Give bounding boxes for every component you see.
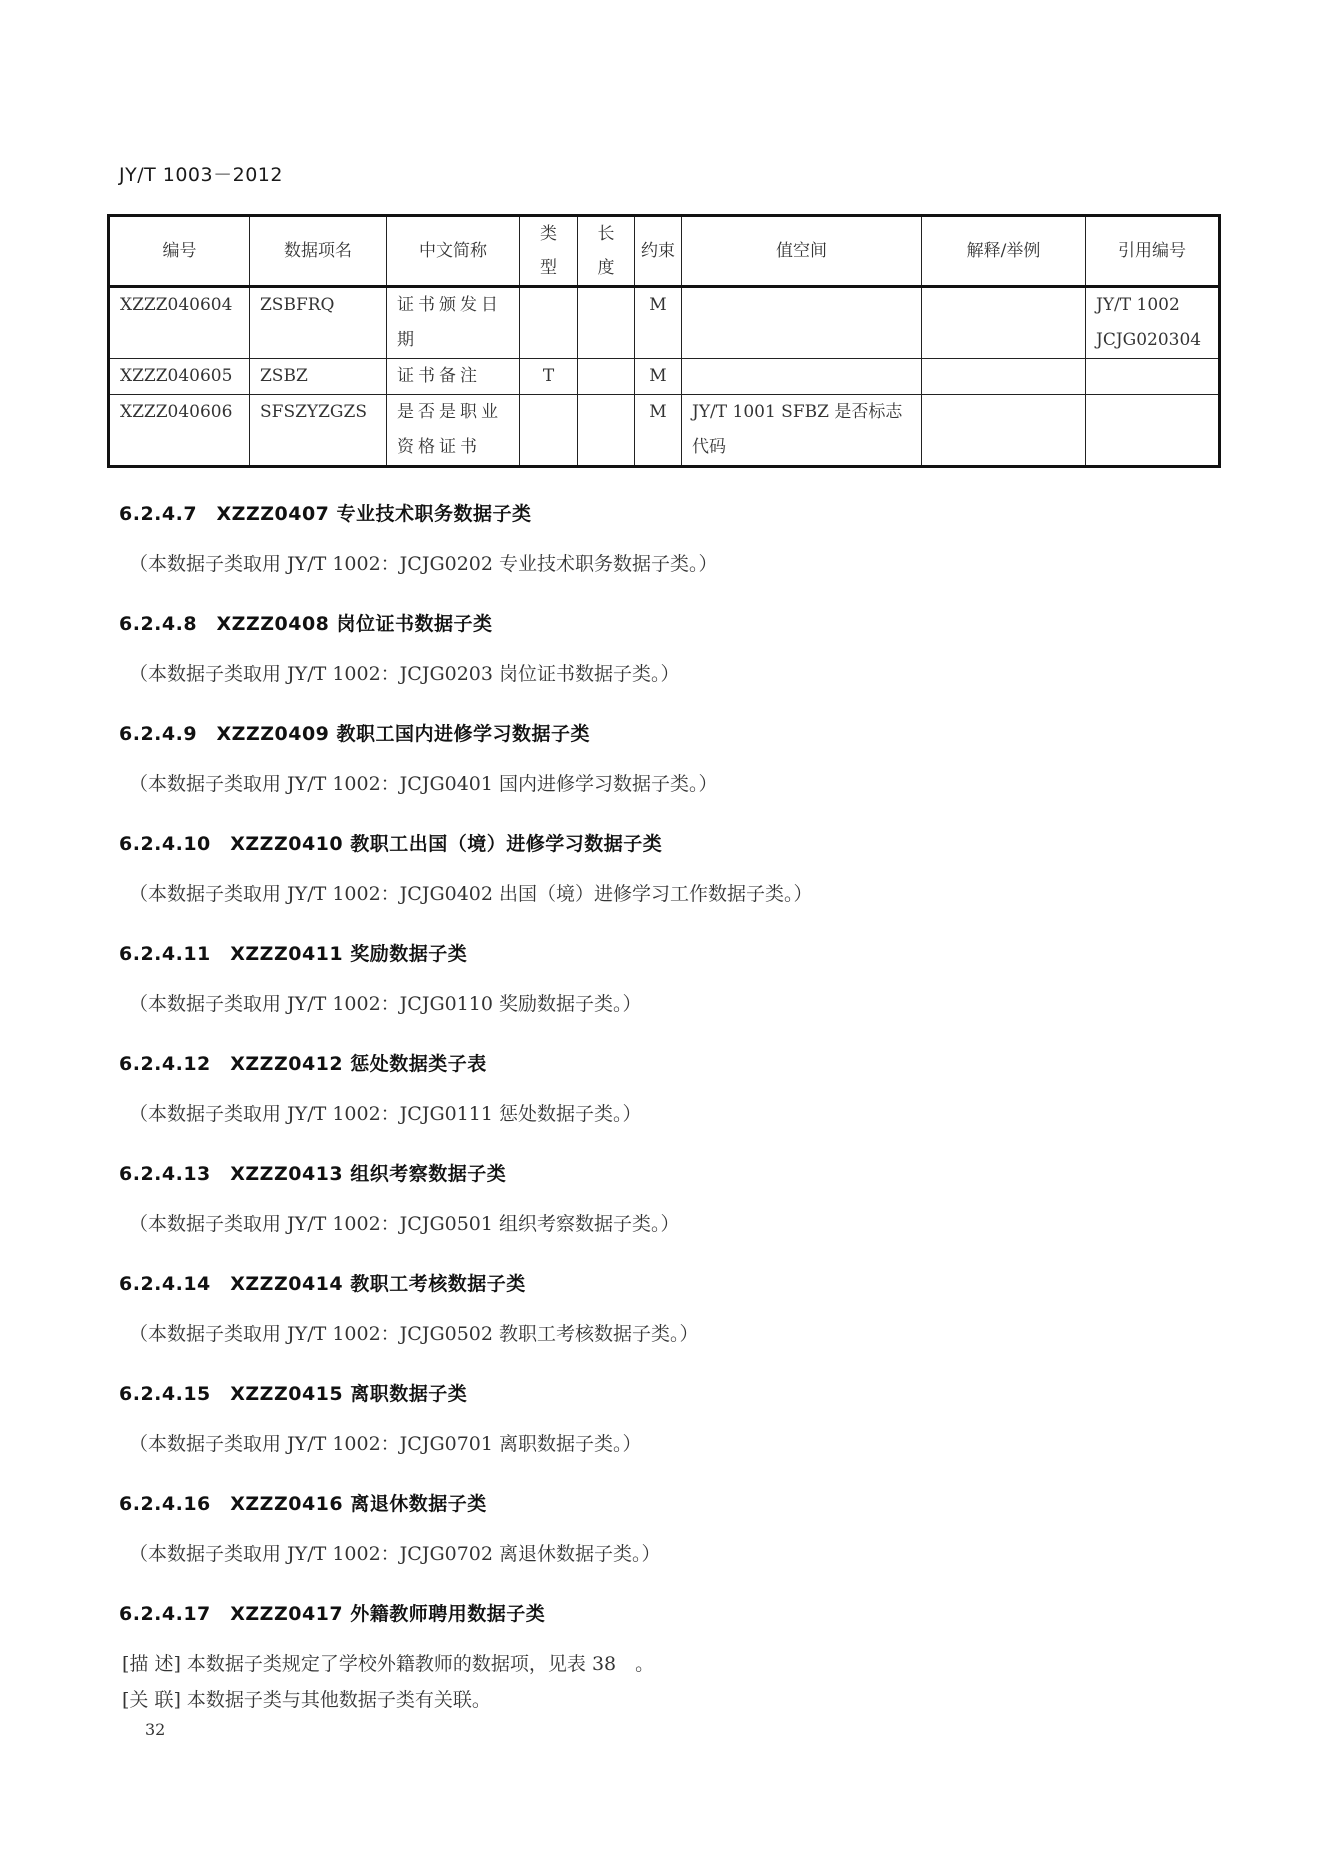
section-note-6-2-4-8: （本数据子类取用 JY/T 1002：JCJG0203 岗位证书数据子类。） <box>129 659 680 686</box>
col-header-short-name: 中文简称 <box>387 216 520 287</box>
cell-explanation <box>922 395 1086 467</box>
col-header-type: 类型 <box>520 216 578 287</box>
section-heading-6-2-4-14: 6.2.4.14 XZZZ0414 教职工考核数据子类 <box>119 1269 526 1296</box>
cell-explanation <box>922 287 1086 359</box>
description-line: [描 述] 本数据子类规定了学校外籍教师的数据项，见表 38 。 <box>122 1649 654 1676</box>
relation-line: [关 联] 本数据子类与其他数据子类有关联。 <box>122 1685 491 1712</box>
cell-value-space: JY/T 1001 SFBZ 是否标志代码 <box>682 395 922 467</box>
cell-length <box>578 395 635 467</box>
section-heading-6-2-4-12: 6.2.4.12 XZZZ0412 惩处数据类子表 <box>119 1049 487 1076</box>
col-header-id: 编号 <box>109 216 250 287</box>
cell-type <box>520 395 578 467</box>
section-note-6-2-4-14: （本数据子类取用 JY/T 1002：JCJG0502 教职工考核数据子类。） <box>129 1319 699 1346</box>
section-heading-6-2-4-9: 6.2.4.9 XZZZ0409 教职工国内进修学习数据子类 <box>119 719 590 746</box>
cell-id: XZZZ040604 <box>109 287 250 359</box>
section-heading-6-2-4-10: 6.2.4.10 XZZZ0410 教职工出国（境）进修学习数据子类 <box>119 829 662 856</box>
cell-length <box>578 287 635 359</box>
standard-number-header: JY/T 1003－2012 <box>119 160 283 187</box>
col-header-reference: 引用编号 <box>1086 216 1220 287</box>
section-heading-6-2-4-8: 6.2.4.8 XZZZ0408 岗位证书数据子类 <box>119 609 493 636</box>
section-heading-6-2-4-7: 6.2.4.7 XZZZ0407 专业技术职务数据子类 <box>119 499 532 526</box>
cell-short-name: 证书备注 <box>387 359 520 395</box>
section-note-6-2-4-15: （本数据子类取用 JY/T 1002：JCJG0701 离职数据子类。） <box>129 1429 642 1456</box>
section-heading-6-2-4-13: 6.2.4.13 XZZZ0413 组织考察数据子类 <box>119 1159 506 1186</box>
cell-name: ZSBZ <box>250 359 387 395</box>
cell-name: ZSBFRQ <box>250 287 387 359</box>
section-note-6-2-4-12: （本数据子类取用 JY/T 1002：JCJG0111 惩处数据子类。） <box>129 1099 642 1126</box>
section-heading-6-2-4-11: 6.2.4.11 XZZZ0411 奖励数据子类 <box>119 939 467 966</box>
cell-reference <box>1086 395 1220 467</box>
section-note-6-2-4-10: （本数据子类取用 JY/T 1002：JCJG0402 出国（境）进修学习工作数… <box>129 879 813 906</box>
cell-reference: JY/T 1002 JCJG020304 <box>1086 287 1220 359</box>
cell-reference <box>1086 359 1220 395</box>
cell-type <box>520 287 578 359</box>
table-row: XZZZ040606 SFSZYZGZS 是否是职业资格证书 M JY/T 10… <box>109 395 1220 467</box>
section-heading-6-2-4-15: 6.2.4.15 XZZZ0415 离职数据子类 <box>119 1379 467 1406</box>
section-heading-6-2-4-16: 6.2.4.16 XZZZ0416 离退休数据子类 <box>119 1489 487 1516</box>
cell-id: XZZZ040605 <box>109 359 250 395</box>
cell-value-space <box>682 359 922 395</box>
cell-explanation <box>922 359 1086 395</box>
cell-value-space <box>682 287 922 359</box>
col-header-length-label: 长度 <box>598 224 615 278</box>
col-header-value-space: 值空间 <box>682 216 922 287</box>
table-header-row: 编号 数据项名 中文简称 类型 长度 约束 值空间 解释/举例 引用编号 <box>109 216 1220 287</box>
cell-id: XZZZ040606 <box>109 395 250 467</box>
cell-type: T <box>520 359 578 395</box>
cell-short-name: 是否是职业资格证书 <box>387 395 520 467</box>
col-header-length: 长度 <box>578 216 635 287</box>
section-note-6-2-4-11: （本数据子类取用 JY/T 1002：JCJG0110 奖励数据子类。） <box>129 989 642 1016</box>
section-heading-6-2-4-17: 6.2.4.17 XZZZ0417 外籍教师聘用数据子类 <box>119 1599 545 1626</box>
cell-constraint: M <box>635 287 682 359</box>
col-header-constraint: 约束 <box>635 216 682 287</box>
cell-constraint: M <box>635 359 682 395</box>
table-row: XZZZ040605 ZSBZ 证书备注 T M <box>109 359 1220 395</box>
page-number: 32 <box>145 1720 165 1739</box>
col-header-explanation: 解释/举例 <box>922 216 1086 287</box>
cell-name: SFSZYZGZS <box>250 395 387 467</box>
section-note-6-2-4-16: （本数据子类取用 JY/T 1002：JCJG0702 离退休数据子类。） <box>129 1539 661 1566</box>
cell-short-name: 证书颁发日期 <box>387 287 520 359</box>
section-note-6-2-4-9: （本数据子类取用 JY/T 1002：JCJG0401 国内进修学习数据子类。） <box>129 769 718 796</box>
section-note-6-2-4-7: （本数据子类取用 JY/T 1002：JCJG0202 专业技术职务数据子类。） <box>129 549 718 576</box>
cell-constraint: M <box>635 395 682 467</box>
data-items-table: 编号 数据项名 中文简称 类型 长度 约束 值空间 解释/举例 引用编号 XZZ… <box>107 214 1221 468</box>
col-header-constraint-label: 约束 <box>641 241 675 261</box>
col-header-name: 数据项名 <box>250 216 387 287</box>
section-note-6-2-4-13: （本数据子类取用 JY/T 1002：JCJG0501 组织考察数据子类。） <box>129 1209 680 1236</box>
cell-length <box>578 359 635 395</box>
col-header-type-label: 类型 <box>540 224 557 278</box>
table-row: XZZZ040604 ZSBFRQ 证书颁发日期 M JY/T 1002 JCJ… <box>109 287 1220 359</box>
